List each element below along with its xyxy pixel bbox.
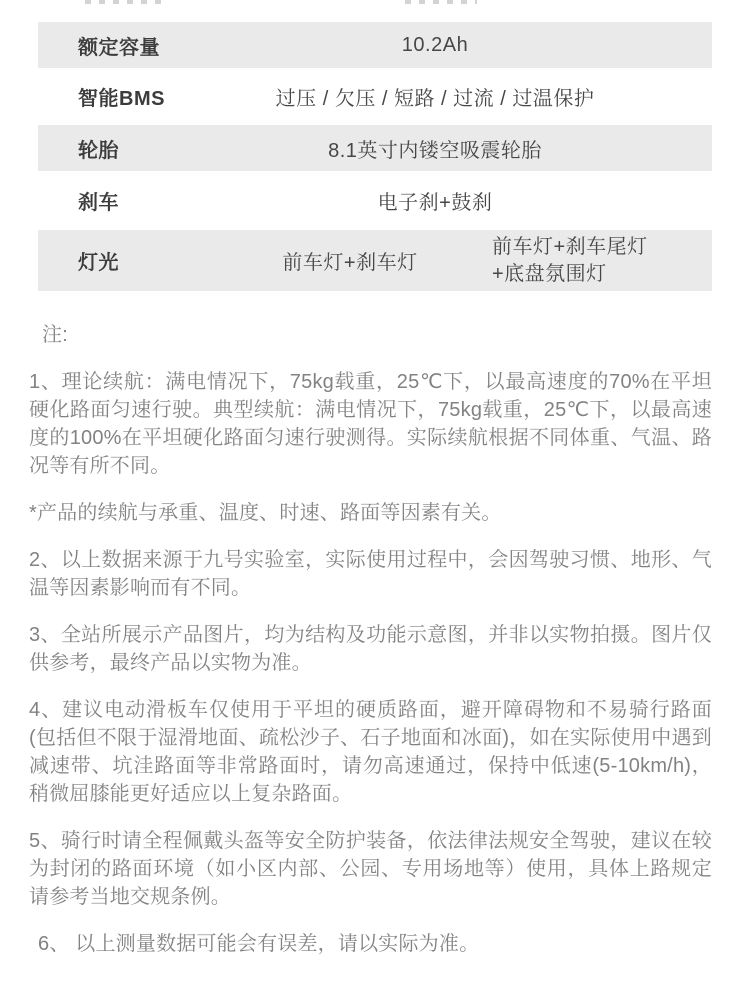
spec-label: 轮胎 (78, 134, 208, 163)
spec-value: 10.2Ah (208, 34, 712, 57)
spec-row-lights: 灯光 前车灯+刹车灯 前车灯+刹车尾灯+底盘氛围灯 (38, 230, 712, 291)
spec-value: 电子刹+鼓刹 (208, 186, 712, 215)
cropped-label-text-fragment (85, 0, 161, 4)
note-item-1: 1、理论续航：满电情况下，75kg载重，25℃下，以最高速度的70%在平坦硬化路… (29, 368, 712, 480)
notes-heading: 注: (29, 321, 712, 349)
spec-label: 额定容量 (78, 31, 208, 60)
note-item-3: 3、全站所展示产品图片，均为结构及功能示意图，并非以实物拍摄。图片仅供参考，最终… (29, 621, 712, 677)
cropped-previous-row (0, 0, 750, 22)
spec-label: 灯光 (78, 246, 208, 275)
spec-label: 智能BMS (78, 82, 208, 111)
spec-row-brakes: 刹车 电子刹+鼓刹 (38, 171, 712, 230)
spec-value: 8.1英寸内镂空吸震轮胎 (208, 134, 712, 163)
spec-table: 额定容量 10.2Ah 智能BMS 过压 / 欠压 / 短路 / 过流 / 过温… (38, 22, 712, 291)
note-item-range-disclaimer: *产品的续航与承重、温度、时速、路面等因素有关。 (29, 499, 712, 527)
note-item-4: 4、建议电动滑板车仅使用于平坦的硬质路面，避开障碍物和不易骑行路面(包括但不限于… (29, 696, 712, 808)
note-item-2: 2、以上数据来源于九号实验室，实际使用过程中，会因驾驶习惯、地形、气温等因素影响… (29, 546, 712, 602)
note-item-5: 5、骑行时请全程佩戴头盔等安全防护装备，依法律法规安全驾驶，建议在较为封闭的路面… (29, 827, 712, 911)
spec-value-model-a: 前车灯+刹车灯 (208, 246, 492, 275)
notes-section: 注: 1、理论续航：满电情况下，75kg载重，25℃下，以最高速度的70%在平坦… (29, 321, 712, 958)
note-item-6: 6、 以上测量数据可能会有误差，请以实际为准。 (29, 930, 712, 958)
spec-value-model-b: 前车灯+刹车尾灯+底盘氛围灯 (492, 234, 712, 288)
spec-row-rated-capacity: 额定容量 10.2Ah (38, 22, 712, 68)
spec-row-smart-bms: 智能BMS 过压 / 欠压 / 短路 / 过流 / 过温保护 (38, 68, 712, 125)
spec-row-tires: 轮胎 8.1英寸内镂空吸震轮胎 (38, 125, 712, 171)
cropped-value-text-fragment (405, 0, 477, 4)
product-spec-page: 额定容量 10.2Ah 智能BMS 过压 / 欠压 / 短路 / 过流 / 过温… (0, 0, 750, 988)
spec-value: 过压 / 欠压 / 短路 / 过流 / 过温保护 (208, 82, 712, 111)
spec-label: 刹车 (78, 186, 208, 215)
